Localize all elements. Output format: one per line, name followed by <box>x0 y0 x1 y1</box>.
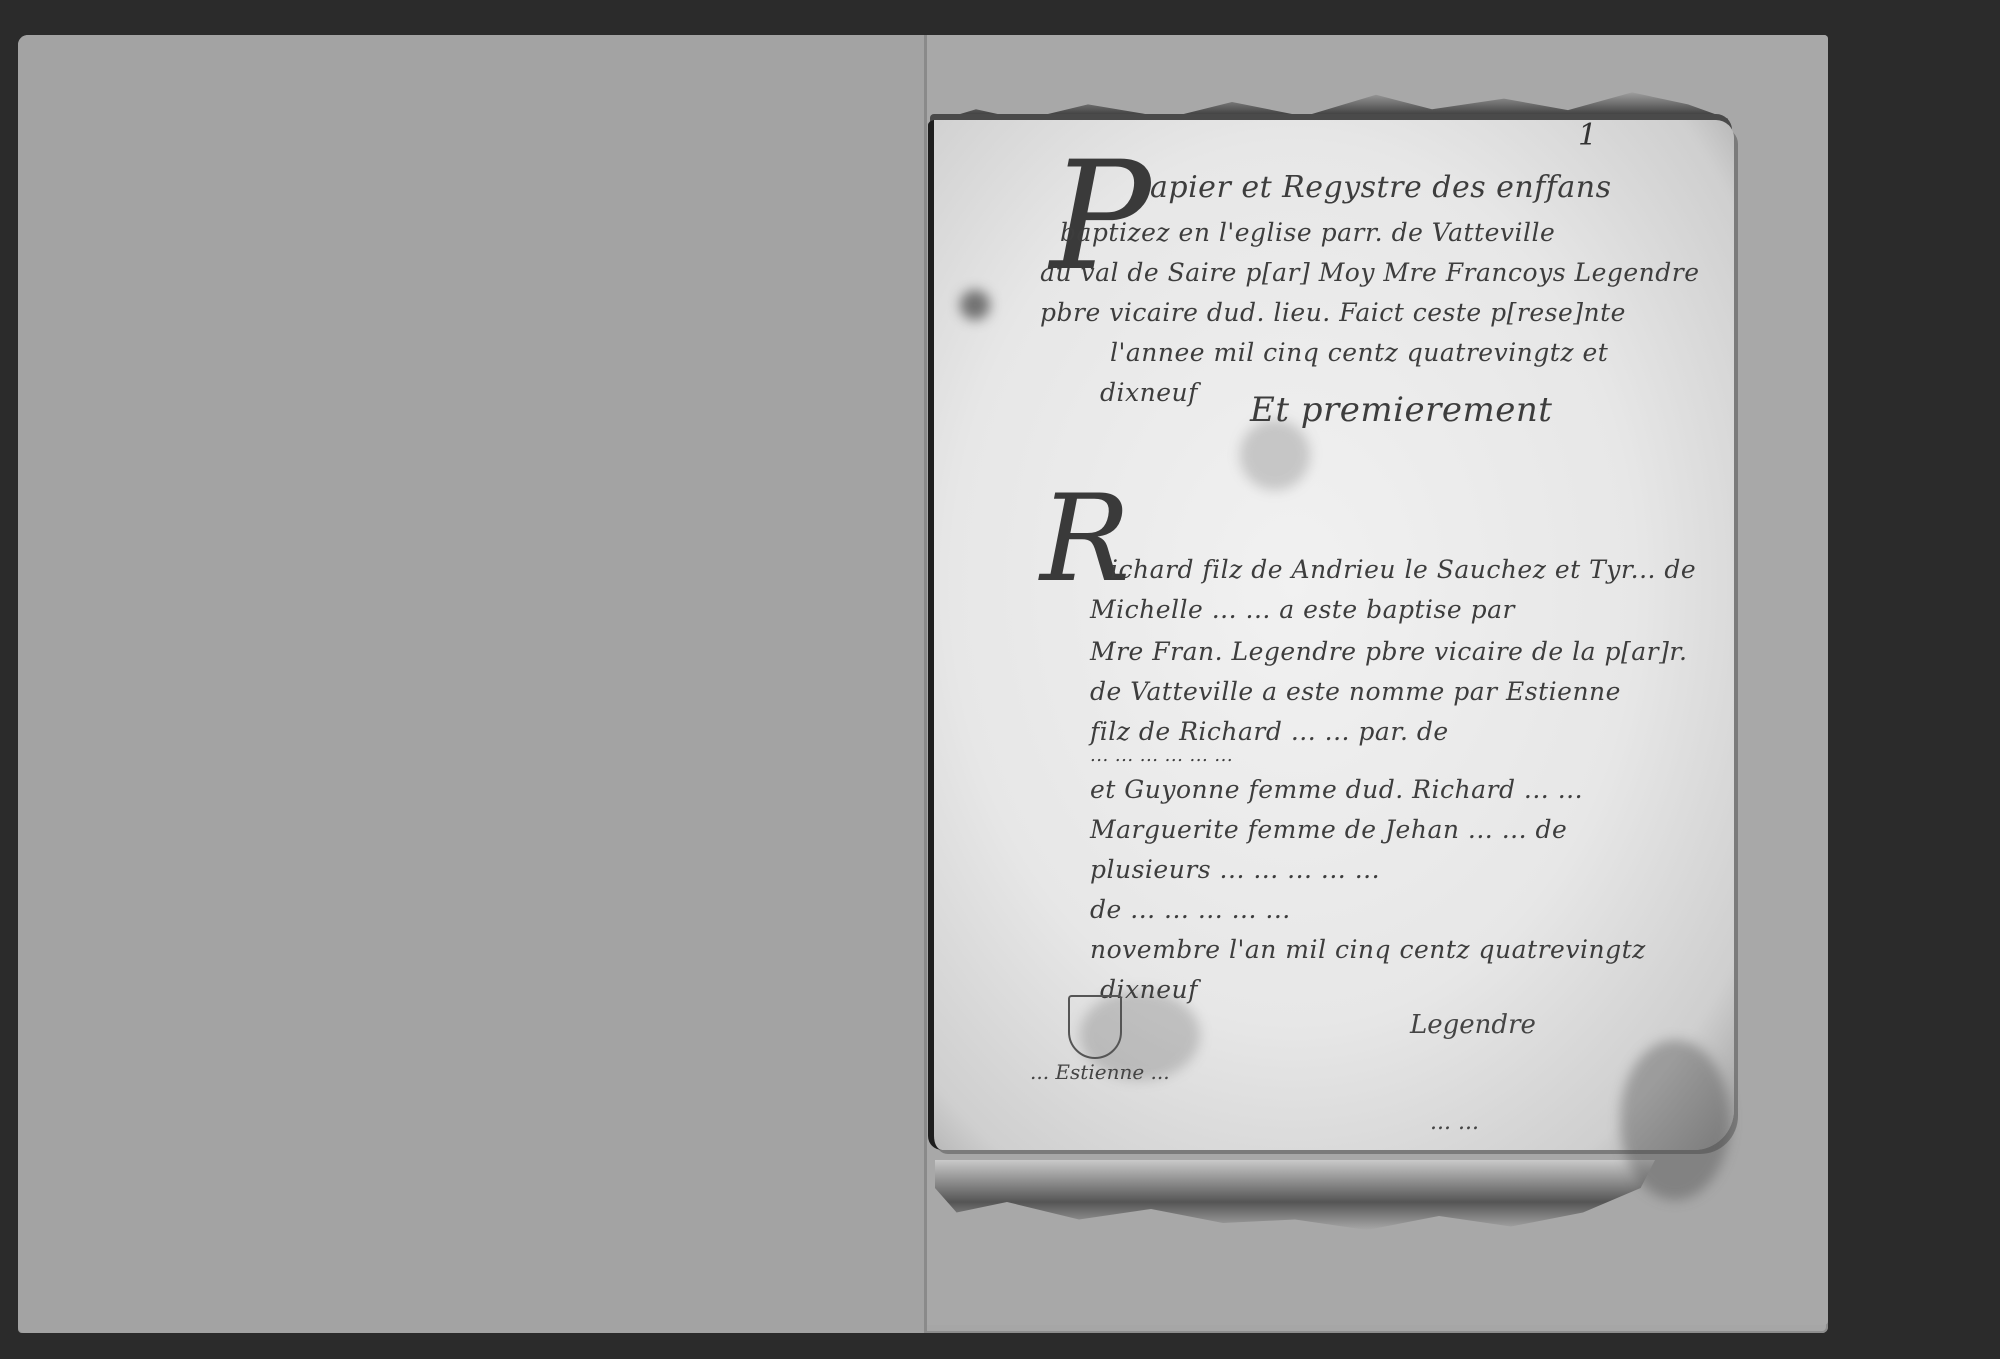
heading-line-4: pbre vicaire dud. lieu. Faict ceste p[re… <box>1040 298 1626 327</box>
folder-left-panel <box>18 35 924 1333</box>
water-stain <box>1620 1040 1730 1200</box>
entry-line-10: de ... ... ... ... ... <box>1090 895 1291 924</box>
signature-right-2: ... ... <box>1430 1110 1479 1135</box>
heading-line-3: au val de Saire p[ar] Moy Mre Francoys L… <box>1040 258 1700 287</box>
subheading: Et premierement <box>1250 390 1552 430</box>
folio-number: 1 <box>1578 118 1597 153</box>
ink-blot <box>960 290 990 320</box>
signature-left: ... Estienne ... <box>1030 1060 1170 1084</box>
heading-line-5: l'annee mil cinq centz quatrevingtz et <box>1110 338 1608 367</box>
entry-line-9: plusieurs ... ... ... ... ... <box>1090 855 1380 884</box>
entry-line-11: novembre l'an mil cinq centz quatrevingt… <box>1090 935 1646 964</box>
heading-line-2: baptizez en l'eglise parr. de Vatteville <box>1060 218 1555 247</box>
scanned-image: 1 P apier et Regystre des enffans baptiz… <box>0 0 2000 1359</box>
signature-right-1: Legendre <box>1410 1010 1536 1040</box>
entry-line-2: Michelle ... ... a este baptise par <box>1090 595 1515 624</box>
entry-line-3: Mre Fran. Legendre pbre vicaire de la p[… <box>1090 637 1688 666</box>
entry-initial: R <box>1040 470 1130 609</box>
entry-line-4: de Vatteville a este nomme par Estienne <box>1090 677 1621 706</box>
entry-line-1: ichard filz de Andrieu le Sauchez et Tyr… <box>1110 555 1696 584</box>
entry-line-6: ... ... ... ... ... ... <box>1090 745 1233 766</box>
entry-line-8: Marguerite femme de Jehan ... ... de <box>1090 815 1567 844</box>
entry-line-7: et Guyonne femme dud. Richard ... ... <box>1090 775 1583 804</box>
heading-line-6: dixneuf <box>1100 378 1198 407</box>
signature-mark <box>1068 995 1122 1059</box>
heading-line-1: apier et Regystre des enffans <box>1150 170 1612 205</box>
entry-line-5: filz de Richard ... ... par. de <box>1090 717 1449 746</box>
water-stain <box>1240 420 1310 490</box>
